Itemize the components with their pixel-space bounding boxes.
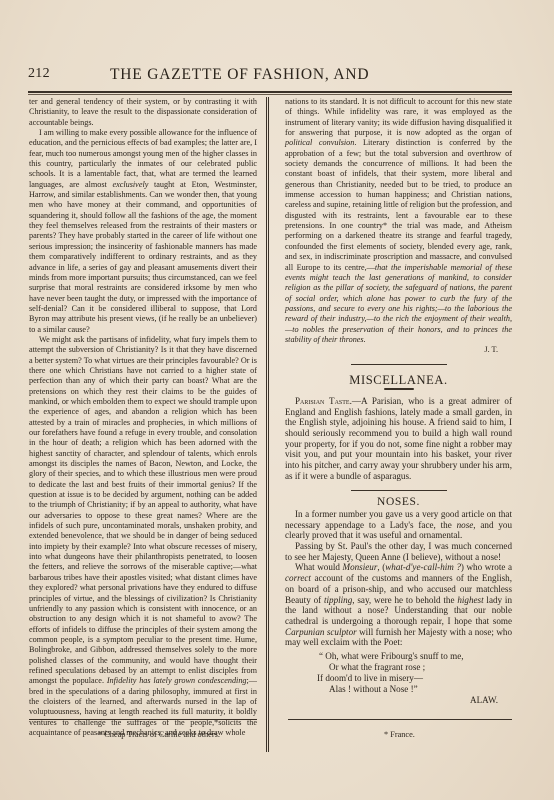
left-column: ter and general tendency of their system… xyxy=(29,97,257,738)
article-lead: Parisian Taste. xyxy=(295,396,352,406)
poem-line: If doom'd to live in misery— xyxy=(285,673,512,684)
page-number: 212 xyxy=(28,66,50,82)
page-header: 212 THE GAZETTE OF FASHION, AND xyxy=(28,66,512,88)
poem-line: “ Oh, what were Fribourg's snuff to me, xyxy=(285,651,512,662)
column-divider xyxy=(266,97,267,752)
section-heading-miscellanea: MISCELLANEA. xyxy=(285,375,512,385)
paragraph: What would Monsieur, (what-d'ye-call-him… xyxy=(285,562,512,648)
paragraph: In a former number you gave us a very go… xyxy=(285,509,512,541)
heading-ornament-rule xyxy=(384,388,414,390)
footnote-right: * France. xyxy=(384,730,415,739)
article-body: —A Parisian, who is a great admirer of E… xyxy=(285,396,512,481)
column-divider xyxy=(268,97,269,752)
newspaper-page: 212 THE GAZETTE OF FASHION, AND ter and … xyxy=(0,0,554,800)
footnote-rule xyxy=(29,719,257,720)
poem-line: Alas ! without a Nose !” xyxy=(285,684,512,695)
section-heading-noses: NOSES. xyxy=(285,497,512,507)
header-rule-thin xyxy=(28,94,512,95)
poem: “ Oh, what were Fribourg's snuff to me, … xyxy=(285,651,512,695)
header-rule xyxy=(28,91,512,93)
signature: J. T. xyxy=(285,345,512,355)
section-rule xyxy=(351,364,447,365)
footnote-left: * Cheap Tracts of Carlile and others. xyxy=(98,730,220,739)
publication-title: THE GAZETTE OF FASHION, AND xyxy=(110,66,369,84)
section-rule xyxy=(351,490,447,491)
poem-line: Or what the fragrant rose ; xyxy=(285,662,512,673)
paragraph: ter and general tendency of their system… xyxy=(29,97,257,128)
article-parisian-taste: Parisian Taste.—A Parisian, who is a gre… xyxy=(285,396,512,482)
right-column: nations to its standard. It is not diffi… xyxy=(285,97,512,706)
signature: ALAW. xyxy=(285,695,512,706)
paragraph: nations to its standard. It is not diffi… xyxy=(285,97,512,345)
paragraph: We might ask the partisans of infidelity… xyxy=(29,335,257,738)
paragraph: I am willing to make every possible allo… xyxy=(29,128,257,335)
footnote-rule xyxy=(288,719,512,720)
paragraph: Passing by St. Paul's the other day, I w… xyxy=(285,541,512,562)
